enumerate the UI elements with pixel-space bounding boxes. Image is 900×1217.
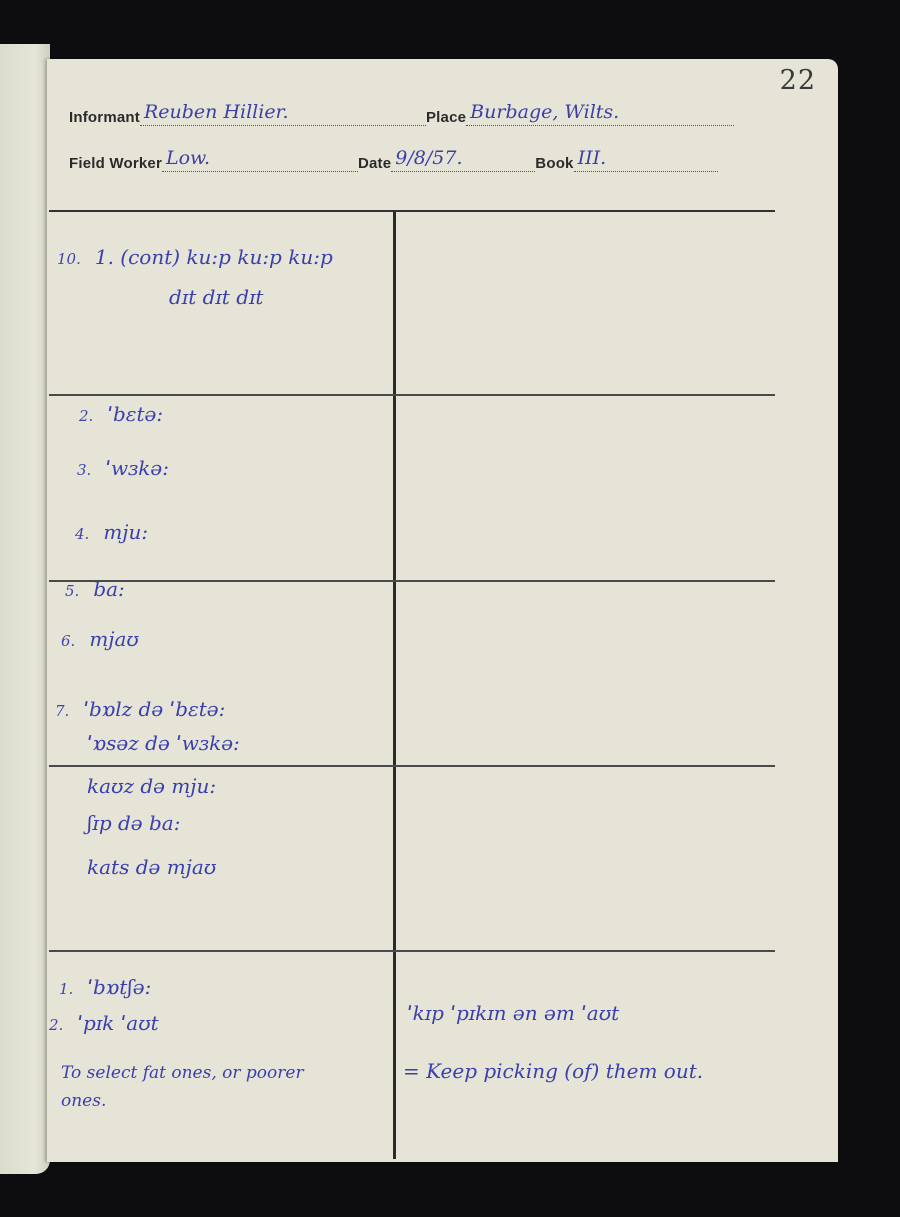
field-worker-field: Low.: [162, 149, 358, 172]
informant-label: Informant: [69, 109, 140, 126]
gloss-line: ones.: [61, 1091, 106, 1111]
transcription-line: ˈkɪp ˈpɪkɪn ən əm ˈaʊt: [407, 1001, 619, 1025]
book-field: III.: [574, 149, 718, 172]
fieldworker-row: Field Worker Low. Date 9/8/57. Book III.: [69, 149, 718, 172]
entry-line: 4.mju:: [75, 520, 148, 544]
place-label: Place: [426, 109, 466, 126]
page-number: 22: [780, 65, 816, 96]
translation-line: = Keep picking (of) them out.: [403, 1059, 703, 1083]
row-divider: [49, 765, 775, 767]
date-field: 9/8/57.: [391, 149, 535, 172]
entry-line: 2.ˈbɛtə:: [79, 402, 163, 426]
header-rule: [49, 210, 775, 212]
entry-line: 1.ˈbɒtʃə:: [59, 975, 151, 999]
gloss-line: To select fat ones, or poorer: [61, 1063, 304, 1083]
entry-line: 5.ba:: [65, 577, 125, 601]
informant-row: Informant Reuben Hillier. Place Burbage,…: [69, 103, 734, 126]
informant-field: Reuben Hillier.: [140, 103, 426, 126]
entry-line: 6.mjaʊ: [61, 627, 139, 651]
entry-line: ʃɪp də ba:: [87, 811, 180, 835]
previous-page-edge: [0, 44, 50, 1174]
place-field: Burbage, Wilts.: [466, 103, 734, 126]
notebook-page: 22 Informant Reuben Hillier. Place Burba…: [47, 59, 838, 1162]
entry-line: 10.1. (cont) ku:p ku:p ku:p: [57, 245, 333, 269]
entry-line: 2.ˈpɪk ˈaʊt: [49, 1011, 159, 1035]
column-divider: [393, 211, 396, 1159]
row-divider: [49, 950, 775, 952]
entry-line: ˈɒsəz də ˈwɜkə:: [87, 731, 240, 755]
row-divider: [49, 394, 775, 396]
date-label: Date: [358, 155, 391, 172]
entry-line: kaʊz də mju:: [87, 774, 216, 798]
row-divider: [49, 580, 775, 582]
entry-line: dɪt dɪt dɪt: [169, 285, 263, 309]
entry-line: 3.ˈwɜkə:: [77, 456, 169, 480]
entry-line: kats də mjaʊ: [87, 855, 216, 879]
entry-line: 7.ˈbɒlz də ˈbɛtə:: [55, 697, 225, 721]
book-label: Book: [535, 155, 573, 172]
field-worker-label: Field Worker: [69, 155, 162, 172]
